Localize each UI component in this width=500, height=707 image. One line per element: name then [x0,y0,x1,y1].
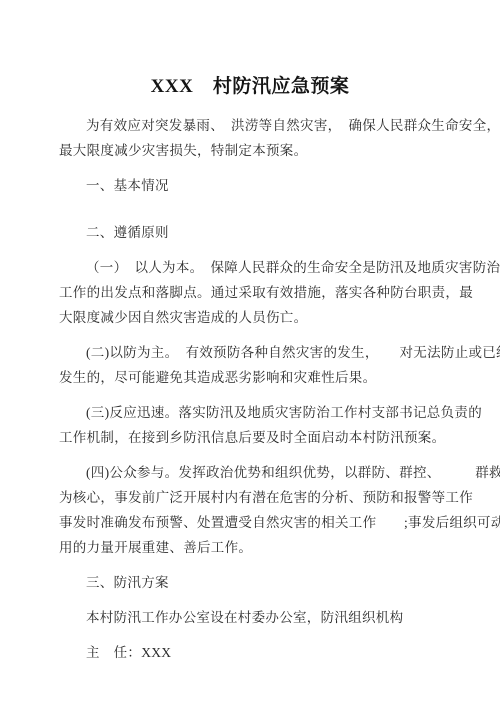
section-heading: 三、防汛方案 [59,570,464,595]
paragraph: 主 任：XXX [59,640,464,665]
paragraph: 为有效应对突发暴雨、 洪涝等自然灾害， 确保人民群众生命安全，最大限度减少灾害损… [59,113,464,163]
text-line: 二、遵循原则 [59,220,464,245]
text-line: 一、基本情况 [59,173,464,198]
document-title: XXX 村防汛应急预案 [0,0,500,100]
paragraph: (二)以防为主。 有效预防各种自然灾害的发生， 对无法防止或已经发生的，尽可能避… [59,340,464,390]
text-line: 本村防汛工作办公室设在村委办公室，防汛组织机构 [59,605,464,630]
text-line: 用的力量开展重建、善后工作。 [59,535,464,560]
section-heading: 二、遵循原则 [59,220,464,245]
text-line: 工作机制，在接到乡防汛信息后要及时全面启动本村防汛预案。 [59,425,464,450]
text-line: 事发时准确发布预警、处置遭受自然灾害的相关工作 ;事发后组织可动 [59,510,464,535]
text-line: 主 任：XXX [59,640,464,665]
text-line: (三)反应迅速。落实防汛及地质灾害防治工作村支部书记总负责的 [59,400,464,425]
text-line: 为核心，事发前广泛开展村内有潜在危害的分析、预防和报警等工作 ; [59,485,464,510]
paragraph: (三)反应迅速。落实防汛及地质灾害防治工作村支部书记总负责的工作机制，在接到乡防… [59,400,464,450]
text-line: (二)以防为主。 有效预防各种自然灾害的发生， 对无法防止或已经 [59,340,464,365]
text-line: (四)公众参与。发挥政治优势和组织优势，以群防、群控、 群救 [59,460,464,485]
section-heading: 一、基本情况 [59,173,464,198]
text-line: 工作的出发点和落脚点。通过采取有效措施，落实各种防台职责，最 [59,280,464,305]
text-line: 大限度减少因自然灾害造成的人员伤亡。 [59,305,464,330]
paragraph: （一） 以人为本。 保障人民群众的生命安全是防汛及地质灾害防治工作的出发点和落脚… [59,255,464,330]
document-body: 为有效应对突发暴雨、 洪涝等自然灾害， 确保人民群众生命安全，最大限度减少灾害损… [59,113,464,665]
text-line: 为有效应对突发暴雨、 洪涝等自然灾害， 确保人民群众生命安全， [59,113,464,138]
document-page: XXX 村防汛应急预案 为有效应对突发暴雨、 洪涝等自然灾害， 确保人民群众生命… [0,0,500,707]
paragraph: 本村防汛工作办公室设在村委办公室，防汛组织机构 [59,605,464,630]
text-line: 三、防汛方案 [59,570,464,595]
text-line: 最大限度减少灾害损失，特制定本预案。 [59,138,464,163]
text-line: （一） 以人为本。 保障人民群众的生命安全是防汛及地质灾害防治 [59,255,464,280]
text-line: 发生的，尽可能避免其造成恶劣影响和灾难性后果。 [59,365,464,390]
paragraph: (四)公众参与。发挥政治优势和组织优势，以群防、群控、 群救为核心，事发前广泛开… [59,460,464,560]
